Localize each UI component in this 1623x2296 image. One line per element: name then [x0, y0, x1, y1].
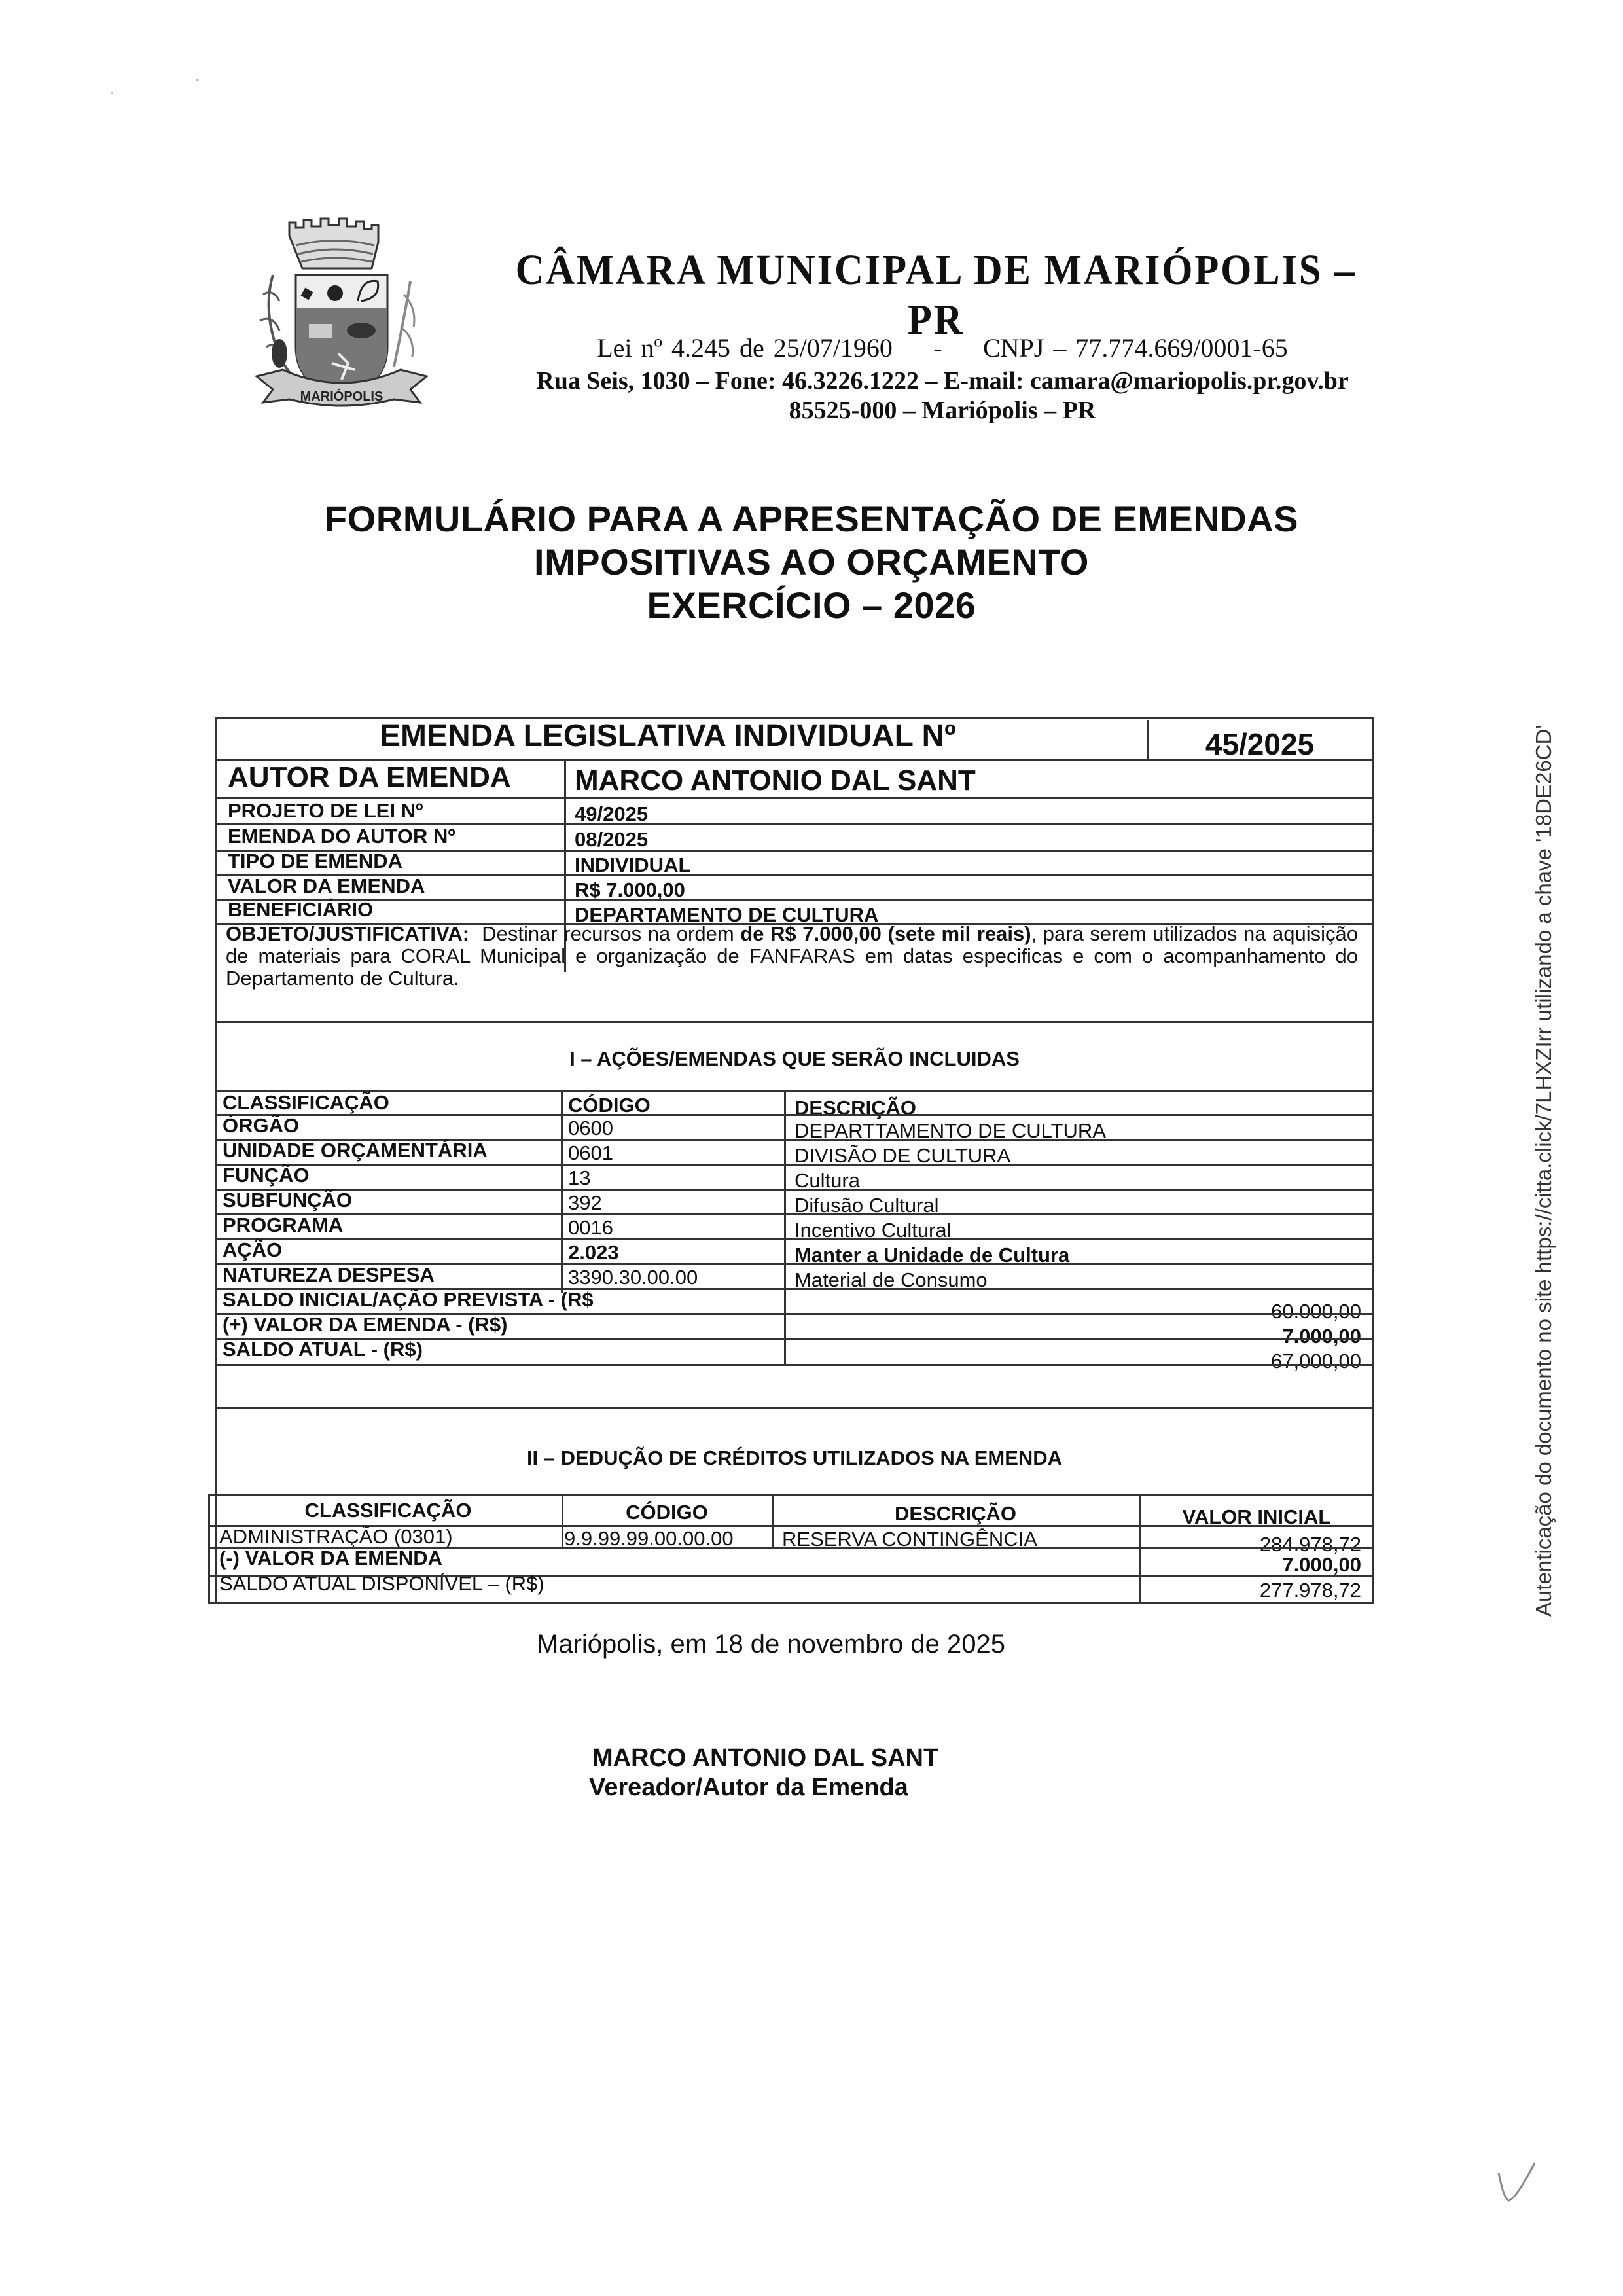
sec1-total-label: SALDO ATUAL - (R$)	[223, 1338, 423, 1361]
sec2-header-classificacao: CLASSIFICAÇÃO	[215, 1499, 562, 1522]
divider	[215, 1164, 1374, 1166]
sec1-row-classificacao: NATUREZA DESPESA	[223, 1263, 435, 1287]
sec1-row-classificacao: FUNÇÃO	[223, 1164, 310, 1187]
signer-role: Vereador/Autor da Emenda	[589, 1774, 908, 1802]
divider	[215, 1189, 1374, 1191]
objective-justification: OBJETO/JUSTIFICATIVA: Destinar recursos …	[226, 923, 1358, 990]
divider	[215, 1364, 1374, 1366]
sec1-header-descricao: DESCRIÇÃO	[794, 1096, 916, 1120]
divider	[215, 1407, 1374, 1409]
cep-city: 85525-000 – Mariópolis – PR	[484, 396, 1400, 425]
sec1-row-classificacao: AÇÃO	[223, 1238, 282, 1262]
objective-label: OBJETO/JUSTIFICATIVA:	[226, 922, 469, 945]
objective-text-before: Destinar recursos na ordem	[482, 922, 734, 945]
legal-info: Lei nº 4.245 de 25/07/1960 - CNPJ – 77.7…	[517, 332, 1368, 363]
field-label-emenda-autor: EMENDA DO AUTOR Nº	[228, 825, 455, 848]
form-title: FORMULÁRIO PARA A APRESENTAÇÃO DE EMENDA…	[249, 497, 1374, 627]
sec1-row-codigo: 0600	[568, 1117, 613, 1140]
sec1-row-classificacao: ÓRGÃO	[223, 1114, 299, 1138]
crest-label: MARIÓPOLIS	[300, 388, 383, 404]
sec2-total-value: 7.000,00	[1139, 1553, 1361, 1577]
place-date: Mariópolis, em 18 de novembro de 2025	[537, 1630, 1005, 1659]
sec2-saldo-value: 277.978,72	[1139, 1579, 1361, 1602]
scan-speck	[196, 79, 199, 81]
field-value-emenda-autor: 08/2025	[575, 828, 648, 852]
divider	[208, 1494, 1374, 1496]
field-label-valor: VALOR DA EMENDA	[228, 874, 425, 898]
field-label-beneficiario: BENEFICIÁRIO	[228, 898, 373, 922]
address-contact: Rua Seis, 1030 – Fone: 46.3226.1222 – E-…	[484, 367, 1400, 395]
amendment-heading: EMENDA LEGISLATIVA INDIVIDUAL Nº	[380, 718, 956, 754]
section-ii-title: II – DEDUÇÃO DE CRÉDITOS UTILIZADOS NA E…	[215, 1446, 1374, 1470]
sec2-total-label: (-) VALOR DA EMENDA	[219, 1547, 442, 1570]
sec1-total-value: 60.000,00	[785, 1300, 1361, 1323]
separator: -	[902, 332, 974, 363]
institution-name: CÂMARA MUNICIPAL DE MARIÓPOLIS – PR	[514, 245, 1357, 345]
sec2-saldo-label: SALDO ATUAL DISPONÍVEL – (R$)	[219, 1572, 544, 1596]
sec1-total-label: (+) VALOR DA EMENDA - (R$)	[223, 1313, 507, 1336]
municipal-crest-icon: MARIÓPOLIS	[243, 216, 433, 412]
field-value-projeto: 49/2025	[575, 802, 648, 826]
author-value: MARCO ANTONIO DAL SANT	[575, 764, 976, 797]
form-title-line2: IMPOSITIVAS AO ORÇAMENTO	[249, 541, 1374, 584]
author-label: AUTOR DA EMENDA	[228, 761, 511, 794]
divider	[208, 1494, 210, 1604]
divider	[215, 1213, 1374, 1215]
divider	[215, 899, 1374, 901]
sec1-total-label: SALDO INICIAL/AÇÃO PREVISTA - (R$	[223, 1288, 594, 1312]
sec2-header-descricao: DESCRIÇÃO	[772, 1502, 1139, 1526]
sec2-classificacao: ADMINISTRAÇÃO (0301)	[219, 1525, 453, 1549]
field-value-valor: R$ 7.000,00	[575, 878, 685, 902]
sec1-header-classificacao: CLASSIFICAÇÃO	[223, 1091, 389, 1115]
cnpj: CNPJ – 77.774.669/0001-65	[983, 333, 1288, 363]
signer-name: MARCO ANTONIO DAL SANT	[592, 1744, 938, 1772]
sec2-header-codigo: CÓDIGO	[562, 1501, 772, 1524]
form-title-line1: FORMULÁRIO PARA A APRESENTAÇÃO DE EMENDA…	[249, 497, 1374, 541]
sec1-row-codigo: 0601	[568, 1141, 613, 1165]
divider	[215, 1021, 1374, 1023]
authentication-note: Autenticação do documento no site https:…	[1531, 725, 1556, 1617]
sec1-row-codigo: 0016	[568, 1216, 613, 1240]
amendment-number: 45/2025	[1152, 726, 1368, 762]
divider	[215, 1238, 1374, 1240]
sec1-total-value: 7.000,00	[785, 1325, 1361, 1348]
divider	[1147, 720, 1149, 759]
scan-speck	[111, 92, 113, 94]
section-i-title: I – AÇÕES/EMENDAS QUE SERÃO INCLUIDAS	[215, 1047, 1374, 1071]
sec1-total-value: 67,000,00	[785, 1350, 1361, 1373]
sec1-row-classificacao: UNIDADE ORÇAMENTÁRIA	[223, 1139, 488, 1162]
sec1-row-codigo: 392	[568, 1191, 602, 1215]
field-label-projeto: PROJETO DE LEI Nº	[228, 799, 423, 823]
sec1-row-codigo: 2.023	[568, 1241, 619, 1265]
sec1-row-codigo: 3390.30.00.00	[568, 1266, 698, 1289]
divider	[561, 1090, 563, 1293]
divider	[784, 1090, 786, 1365]
sec1-row-codigo: 13	[568, 1166, 590, 1190]
sec1-row-classificacao: PROGRAMA	[223, 1213, 343, 1237]
law-reference: Lei nº 4.245 de 25/07/1960	[597, 333, 893, 363]
checkmark-icon	[1492, 2153, 1544, 2212]
form-title-line3: EXERCÍCIO – 2026	[249, 584, 1374, 627]
field-value-tipo: INDIVIDUAL	[575, 853, 690, 877]
field-label-tipo: TIPO DE EMENDA	[228, 850, 402, 873]
objective-text-bold: de R$ 7.000,00 (sete mil reais)	[740, 922, 1031, 945]
sec1-row-classificacao: SUBFUNÇÃO	[223, 1189, 352, 1212]
divider	[215, 1114, 1374, 1116]
